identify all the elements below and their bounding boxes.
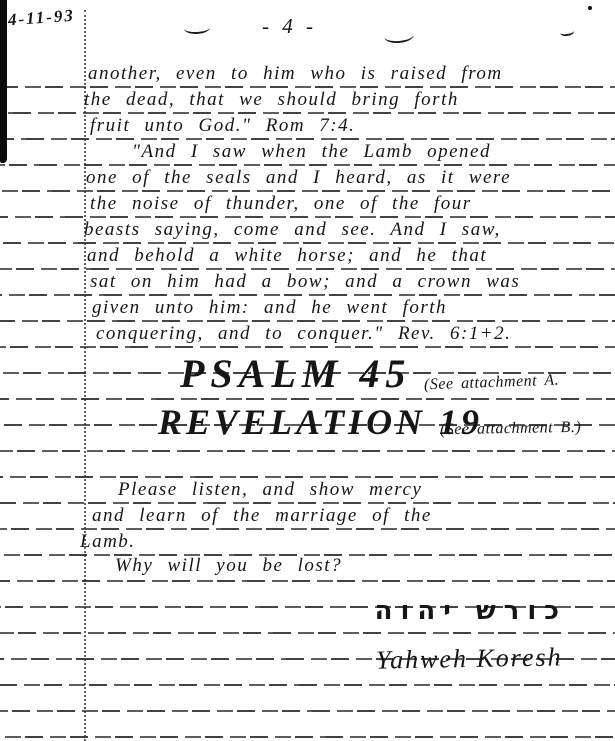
- ruled-line: [0, 580, 615, 582]
- ruled-line: [0, 346, 615, 348]
- ruled-line: [0, 684, 615, 686]
- stray-pen-mark: [184, 21, 211, 34]
- handwritten-line: given unto him: and he went forth: [92, 296, 447, 320]
- stray-pen-mark: [383, 27, 414, 45]
- scan-speck: [588, 6, 592, 10]
- handwritten-line: the dead, that we should bring forth: [84, 88, 459, 112]
- handwritten-line: fruit unto God." Rom 7:4.: [90, 114, 355, 138]
- handwritten-line: Please listen, and show mercy: [118, 478, 422, 502]
- heading-revelation-19: REVELATION 19: [158, 400, 483, 444]
- hebrew-name: כורש יהוה: [375, 596, 567, 626]
- ruled-line: [0, 450, 615, 452]
- handwritten-line: and learn of the marriage of the: [92, 504, 432, 528]
- handwritten-line: Lamb.: [80, 530, 136, 554]
- ruled-line: [0, 632, 615, 634]
- handwritten-line: the noise of thunder, one of the four: [90, 192, 472, 216]
- handwritten-line: and behold a white horse; and he that: [87, 244, 487, 268]
- signature: Yahweh Koresh: [376, 642, 563, 675]
- ruled-line: [0, 736, 615, 738]
- heading-psalm-45: PSALM 45: [180, 352, 411, 396]
- ruled-line: [0, 710, 615, 712]
- handwritten-line: sat on him had a bow; and a crown was: [90, 270, 520, 294]
- margin-line: [84, 10, 86, 741]
- letter-date: 4-11-93: [7, 6, 75, 31]
- handwritten-line: another, even to him who is raised from: [88, 62, 503, 86]
- scanned-letter-page: 4-11-93 - 4 - another, even to him who i…: [0, 0, 615, 741]
- scan-edge-artifact: [0, 0, 7, 163]
- attachment-note-b: (See attachment B.): [440, 419, 582, 439]
- handwritten-question: Why will you be lost?: [115, 554, 342, 578]
- handwritten-line: "And I saw when the Lamb opened: [132, 140, 491, 164]
- handwritten-line: beasts saying, come and see. And I saw,: [84, 218, 501, 242]
- attachment-note-a: (See attachment A.: [424, 372, 560, 395]
- handwritten-line: one of the seals and I heard, as it were: [86, 166, 511, 190]
- page-number: - 4 -: [262, 14, 317, 39]
- handwritten-line: conquering, and to conquer." Rev. 6:1+2.: [96, 322, 511, 346]
- stray-pen-mark: [560, 27, 575, 37]
